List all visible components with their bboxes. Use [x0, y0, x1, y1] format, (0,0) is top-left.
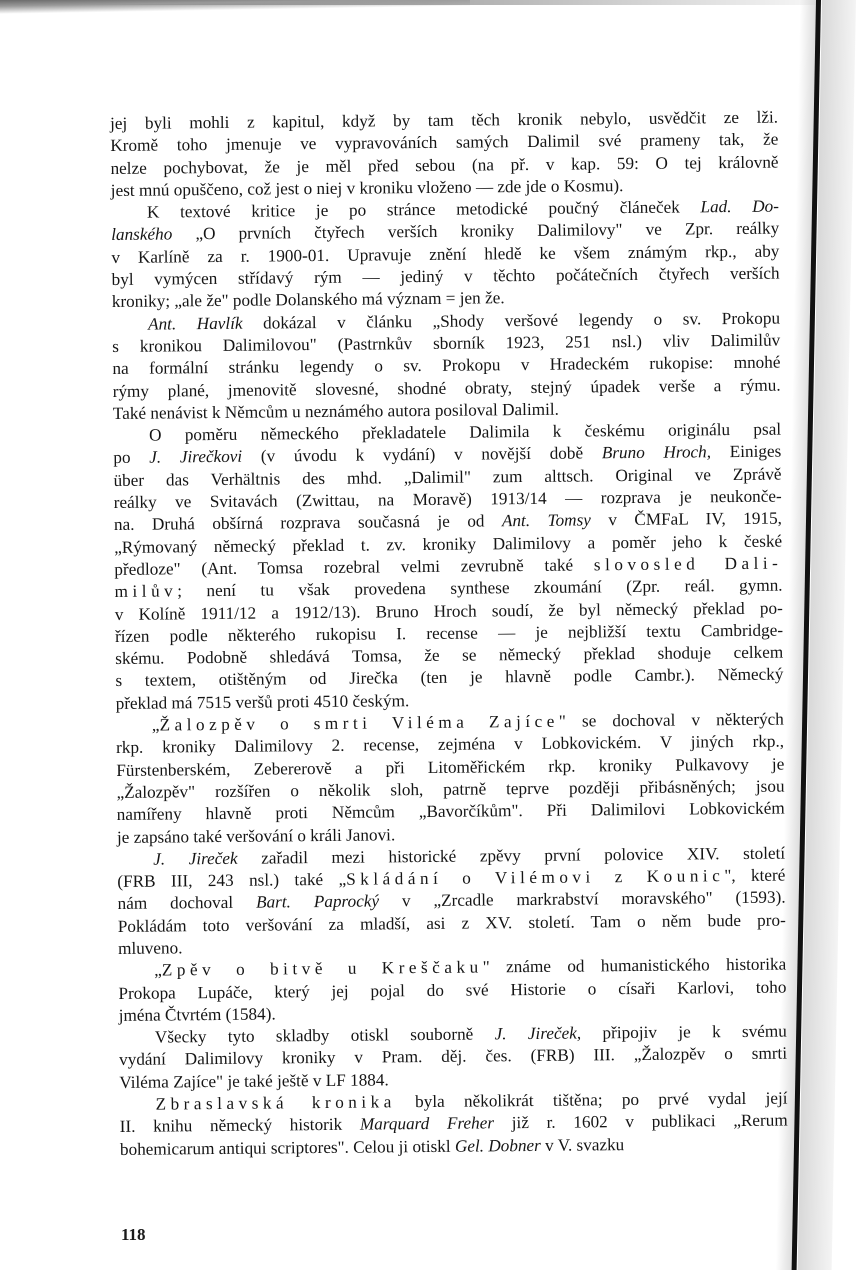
text-segment: předloze" (Ant. Tomsa rozebral velmi zev…	[114, 555, 594, 579]
italic-text: lanského	[111, 225, 172, 245]
text-segment: (FRB III, 243 nsl.) také „	[117, 870, 346, 891]
text-segment: v V. svazku	[541, 1135, 625, 1155]
text-segment: bohemicarum antiqui scriptores". Celou j…	[120, 1136, 455, 1158]
text-segment: Kromě toho jmenuje ve vypravováních samý…	[110, 130, 778, 155]
italic-text: Gel. Dobner	[455, 1136, 541, 1156]
paragraph: „Žalozpěv o smrti Viléma Zajíce" se doch…	[116, 709, 785, 849]
text-segment: ", které	[724, 866, 785, 886]
text-segment: byla několikrát tištěna; po prvé vydal j…	[396, 1089, 788, 1112]
text-segment: již r. 1602 v publikaci „Rerum	[494, 1111, 788, 1133]
text-segment: připojiv je k svému	[581, 1022, 787, 1043]
text-segment: na formální stránku legendy o sv. Prokop…	[112, 353, 780, 378]
italic-text: Lad. Do-	[700, 197, 779, 217]
spaced-emphasis-text: Žalozpěv o smrti Viléma Zajíce	[159, 712, 559, 735]
text-segment: Také nenávist k Němcům u neznámého autor…	[113, 400, 559, 423]
text-segment: jména Čtvrtém (1584).	[119, 1004, 276, 1025]
text-segment: (v úvodu k vydání) v novější době	[242, 444, 602, 466]
body-text: jej byli mohli z kapitul, když by tam tě…	[110, 107, 788, 1161]
text-segment: rkp. kroniky Dalimilovy 2. recense, zejm…	[116, 732, 784, 757]
text-segment: Pokládám toto veršování za mladší, asi z…	[118, 910, 786, 935]
paragraph: J. Jireček zařadil mezi historické zpěvy…	[117, 842, 786, 960]
text-segment: byl vymýcen střídavý rým — jediný v těch…	[112, 264, 780, 289]
text-segment: Všecky tyto skladby otiskl souborně	[155, 1025, 495, 1047]
text-segment: K textové kritice je po stránce metodick…	[147, 198, 701, 222]
text-segment: kroniky; „ale že" podle Dolanského má vý…	[112, 289, 505, 312]
text-segment: s textem, otištěným od Jirečka (ten je h…	[115, 665, 783, 690]
paragraph: „Zpěv o bitvě u Kreščaku" známe od human…	[118, 954, 787, 1027]
paragraph: K textové kritice je po stránce metodick…	[111, 196, 780, 314]
text-segment: " známe od humanistického historika	[483, 955, 787, 977]
spaced-emphasis-text: slovosled Dali-	[594, 554, 783, 575]
text-segment: ; není tu však provedena synthese zkoumá…	[177, 576, 783, 601]
italic-text: J. Jirečkovi	[149, 447, 242, 467]
paragraph: Zbraslavská kronika byla několikrát tišt…	[119, 1088, 788, 1161]
text-segment: zařadil mezi historické zpěvy první polo…	[238, 843, 786, 867]
spaced-emphasis-text: Zbraslavská kronika	[155, 1092, 395, 1113]
text-segment: „	[152, 716, 160, 735]
text-segment: „O prvních čtyřech verších kroniky Dalim…	[172, 219, 779, 244]
spaced-emphasis-text: Skládání o Vilémovi z Kounic	[346, 866, 724, 889]
text-segment: " se dochoval v některých	[559, 710, 784, 731]
text-segment: dokázal v článku „Shody veršové legendy …	[242, 308, 780, 332]
text-segment: nám dochoval	[118, 893, 257, 913]
page-number: 118	[121, 1225, 146, 1245]
text-segment: vydání Dalimilovy kroniky v Pram. děj. č…	[119, 1044, 787, 1069]
paragraph: Ant. Havlík dokázal v článku „Shody verš…	[112, 307, 781, 425]
text-segment: Einiges	[711, 442, 781, 462]
paragraph: Všecky tyto skladby otiskl souborně J. J…	[119, 1021, 788, 1094]
paragraph: jej byli mohli z kapitul, když by tam tě…	[110, 107, 779, 203]
text-segment: po	[113, 448, 149, 467]
italic-text: Ant. Havlík	[148, 313, 243, 333]
text-segment: II. knihu německý historik	[120, 1115, 360, 1136]
italic-text: Bart. Paprocký	[256, 892, 379, 912]
text-segment: namířeny hlavně proti Němcům „Bavorčíkům…	[117, 799, 785, 824]
text-segment: Viléma Zajíce" je také ještě v LF 1884.	[119, 1070, 389, 1092]
spaced-emphasis-text: milův	[115, 582, 178, 602]
text-segment: v ČMFaL IV, 1915,	[591, 509, 782, 530]
italic-text: J. Jireček	[153, 849, 238, 869]
italic-text: Bruno Hroch,	[602, 443, 711, 463]
text-segment: překlad má 7515 veršů proti 4510 českým.	[116, 691, 410, 713]
text-segment: v „Zrcadle markrabství moravského" (1593…	[379, 888, 786, 911]
text-segment: na. Druhá obšírná rozprava současná je o…	[114, 512, 502, 535]
italic-text: Ant. Tomsy	[502, 511, 591, 531]
italic-text: Marquard Freher	[360, 1114, 494, 1134]
scan-top-edge	[0, 0, 470, 14]
text-segment: je zapsáno také veršování o králi Janovi…	[117, 825, 395, 847]
text-segment: jest mnú opuščeno, což jest o niej v kro…	[111, 176, 624, 200]
italic-text: J. Jireček,	[495, 1024, 582, 1044]
text-segment: „	[154, 961, 162, 980]
spaced-emphasis-text: Zpěv o bitvě u Kreščaku	[162, 958, 483, 980]
paragraph: O poměru německého překladatele Dalimila…	[113, 419, 784, 715]
text-segment: mluveno.	[118, 938, 183, 958]
